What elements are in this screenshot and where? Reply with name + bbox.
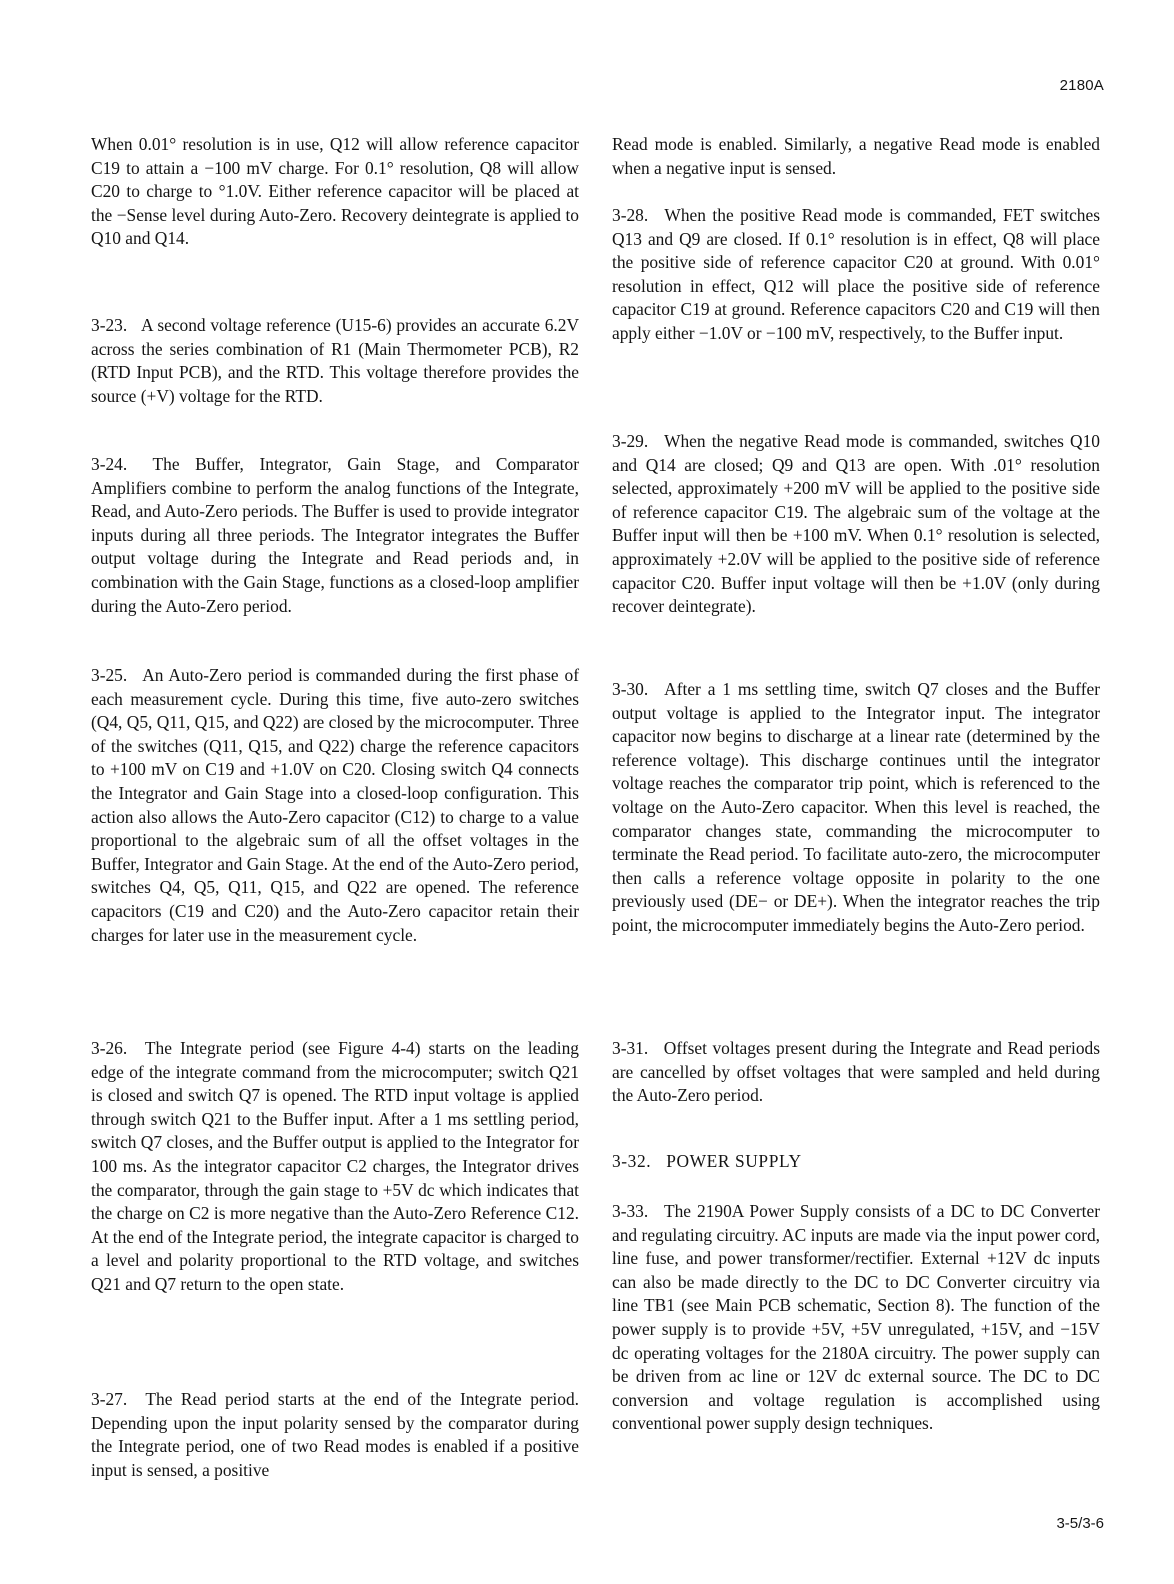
paragraph-number: 3-23. [91,315,127,335]
paragraph-3-33: 3-33. The 2190A Power Supply consists of… [612,1200,1100,1436]
paragraph-3-28: 3-28. When the positive Read mode is com… [612,204,1100,346]
paragraph-number: 3-28. [612,205,648,225]
paragraph-number: 3-25. [91,665,127,685]
paragraph-number: 3-30. [612,679,648,699]
paragraph-continuation: When 0.01° resolution is in use, Q12 wil… [91,133,579,251]
paragraph-text: Offset voltages present during the Integ… [612,1038,1100,1105]
paragraph-text: The Buffer, Integrator, Gain Stage, and … [91,454,579,616]
paragraph-3-31: 3-31. Offset voltages present during the… [612,1037,1100,1108]
paragraph-text: Read mode is enabled. Similarly, a negat… [612,134,1100,178]
paragraph-number: 3-31. [612,1038,648,1058]
paragraph-text: When the negative Read mode is commanded… [612,431,1100,616]
paragraph-text: An Auto-Zero period is commanded during … [91,665,579,945]
paragraph-text: A second voltage reference (U15-6) provi… [91,315,579,406]
paragraph-number: 3-33. [612,1201,648,1221]
page-number: 3-5/3-6 [1010,1515,1104,1532]
paragraph-3-30: 3-30. After a 1 ms settling time, switch… [612,678,1100,938]
heading-number: 3-32. [612,1151,651,1171]
heading-text: POWER SUPPLY [666,1151,801,1171]
document-model-header: 2180A [1024,77,1104,94]
paragraph-continuation: Read mode is enabled. Similarly, a negat… [612,133,1100,180]
paragraph-number: 3-26. [91,1038,127,1058]
paragraph-3-25: 3-25. An Auto-Zero period is commanded d… [91,664,579,947]
paragraph-number: 3-24. [91,454,127,474]
paragraph-text: When 0.01° resolution is in use, Q12 wil… [91,134,579,248]
paragraph-text: The 2190A Power Supply consists of a DC … [612,1201,1100,1433]
paragraph-3-23: 3-23. A second voltage reference (U15-6)… [91,314,579,408]
paragraph-3-24: 3-24. The Buffer, Integrator, Gain Stage… [91,453,579,618]
paragraph-text: The Read period starts at the end of the… [91,1389,579,1480]
paragraph-number: 3-27. [91,1389,127,1409]
paragraph-3-26: 3-26. The Integrate period (see Figure 4… [91,1037,579,1297]
paragraph-3-27: 3-27. The Read period starts at the end … [91,1388,579,1482]
paragraph-text: After a 1 ms settling time, switch Q7 cl… [612,679,1100,935]
paragraph-number: 3-29. [612,431,648,451]
section-heading-power-supply: 3-32. POWER SUPPLY [612,1150,1100,1174]
paragraph-text: The Integrate period (see Figure 4-4) st… [91,1038,579,1294]
paragraph-3-29: 3-29. When the negative Read mode is com… [612,430,1100,619]
paragraph-text: When the positive Read mode is commanded… [612,205,1100,343]
